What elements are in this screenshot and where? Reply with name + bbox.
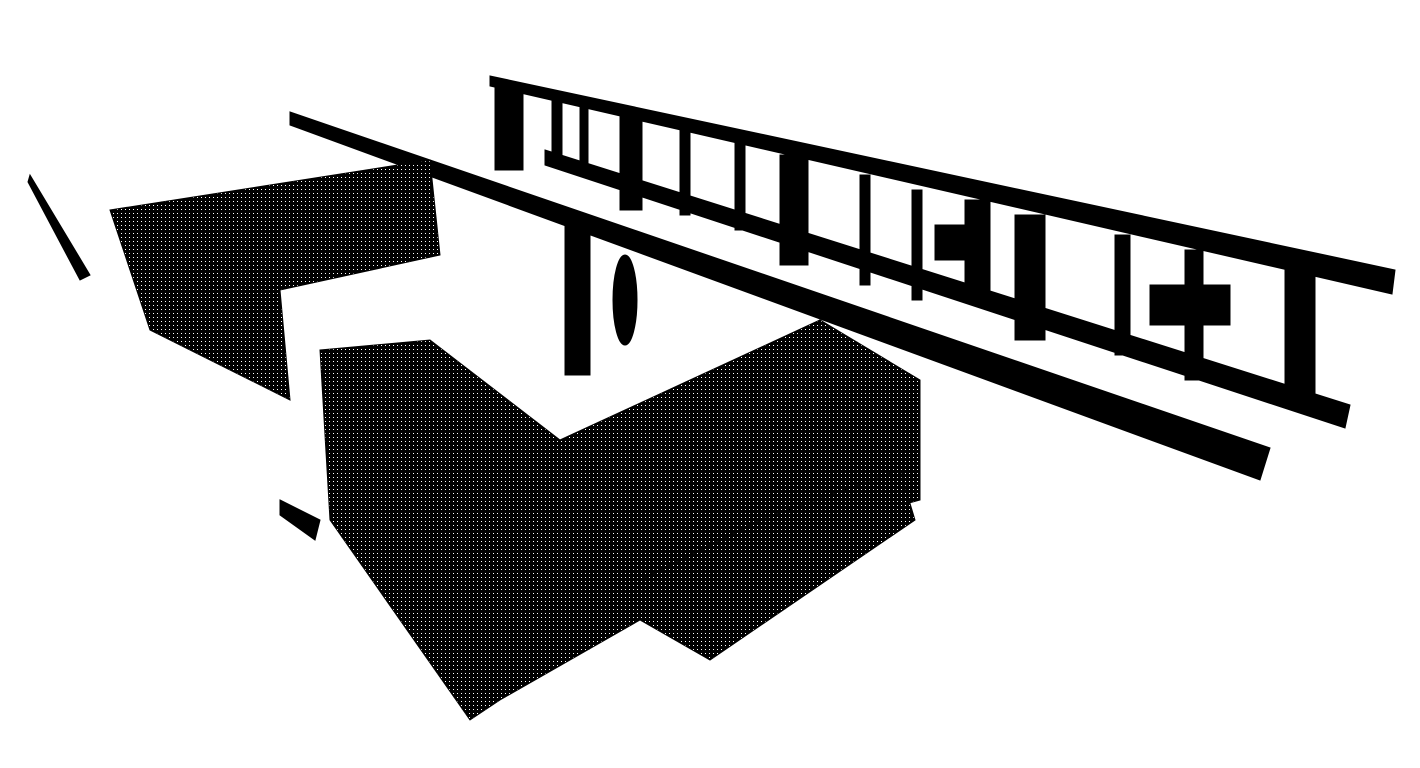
pillar: [565, 225, 590, 375]
point-cloud-view: [0, 0, 1420, 768]
standing-person: [613, 255, 637, 345]
